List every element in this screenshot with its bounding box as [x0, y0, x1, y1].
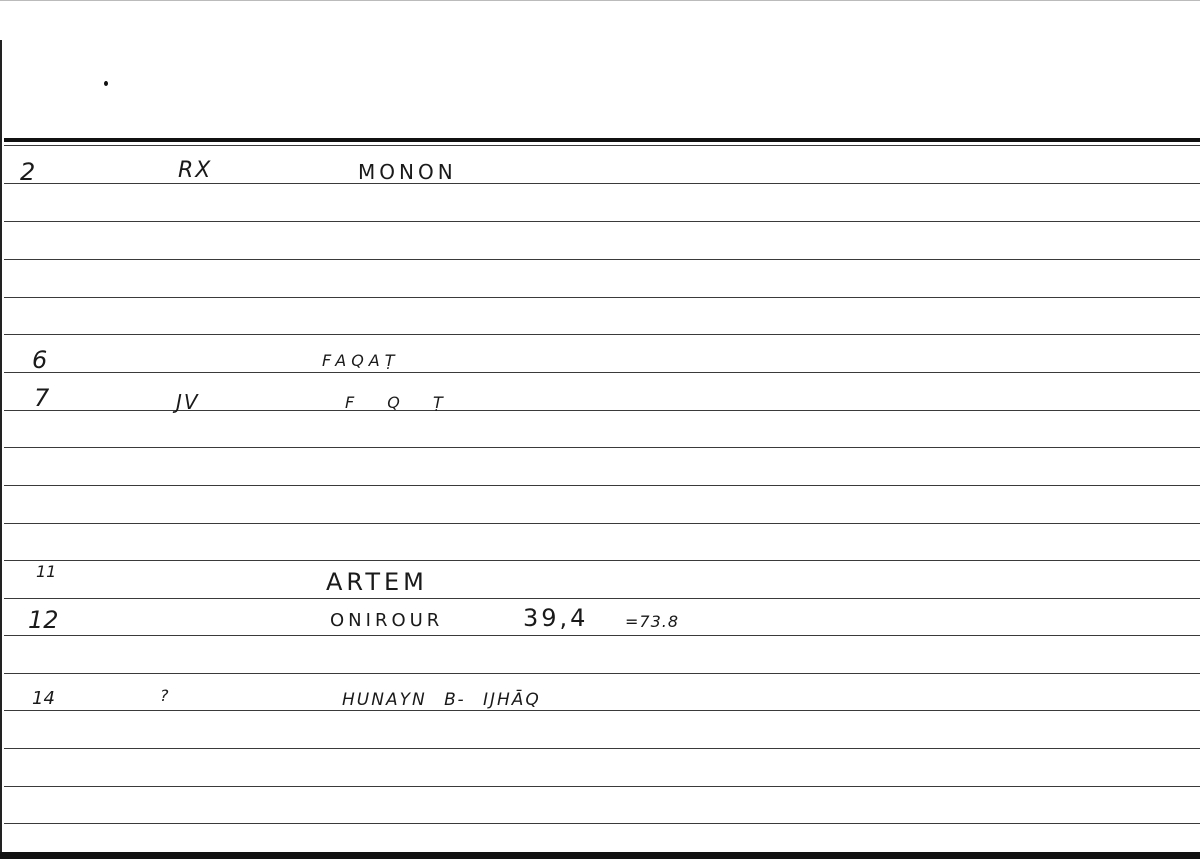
- entry-equivalent: =73.8: [625, 614, 679, 630]
- ruled-line: [4, 598, 1200, 599]
- entry-number: 14: [32, 690, 55, 708]
- entry-number: 7: [34, 386, 49, 410]
- index-card: 2 RX MONON 6 FAQAṬ 7 JV F Q Ṭ 11 ARTEM 1…: [0, 0, 1200, 859]
- ruled-line: [4, 748, 1200, 749]
- entry-code: ?: [160, 688, 171, 704]
- ruled-line: [4, 560, 1200, 561]
- ruled-line: [4, 786, 1200, 787]
- entry-number: 12: [28, 608, 59, 632]
- ruled-line: [4, 297, 1200, 298]
- ruled-line: [4, 523, 1200, 524]
- ruled-line: [4, 710, 1200, 711]
- ruled-line: [4, 145, 1200, 146]
- ruled-line: [4, 447, 1200, 448]
- ruled-line: [4, 372, 1200, 373]
- card-left-edge: [0, 40, 2, 855]
- entry-text: ONIROUR: [330, 612, 443, 630]
- entry-value: 39,4: [523, 606, 588, 630]
- ruled-line: [4, 221, 1200, 222]
- card-top-edge: [0, 0, 1200, 1]
- entry-code: JV: [176, 392, 200, 412]
- ink-speck: [104, 81, 108, 86]
- entry-code: RX: [178, 160, 212, 182]
- ruled-line: [4, 485, 1200, 486]
- ruled-line: [4, 259, 1200, 260]
- header-rule: [4, 138, 1200, 142]
- entry-number: 6: [32, 348, 47, 372]
- entry-text: FAQAṬ: [322, 353, 400, 369]
- ruled-line: [4, 334, 1200, 335]
- ruled-line: [4, 183, 1200, 184]
- entry-number: 2: [20, 160, 35, 184]
- ruled-line: [4, 823, 1200, 824]
- entry-text: HUNAYN B- IJHĀQ: [342, 692, 541, 709]
- entry-text: ARTEM: [326, 570, 428, 594]
- card-bottom-edge: [0, 852, 1200, 859]
- entry-number: 11: [36, 564, 56, 580]
- entry-text: F Q Ṭ: [345, 395, 448, 411]
- ruled-line: [4, 673, 1200, 674]
- ruled-line: [4, 635, 1200, 636]
- entry-text: MONON: [358, 162, 457, 182]
